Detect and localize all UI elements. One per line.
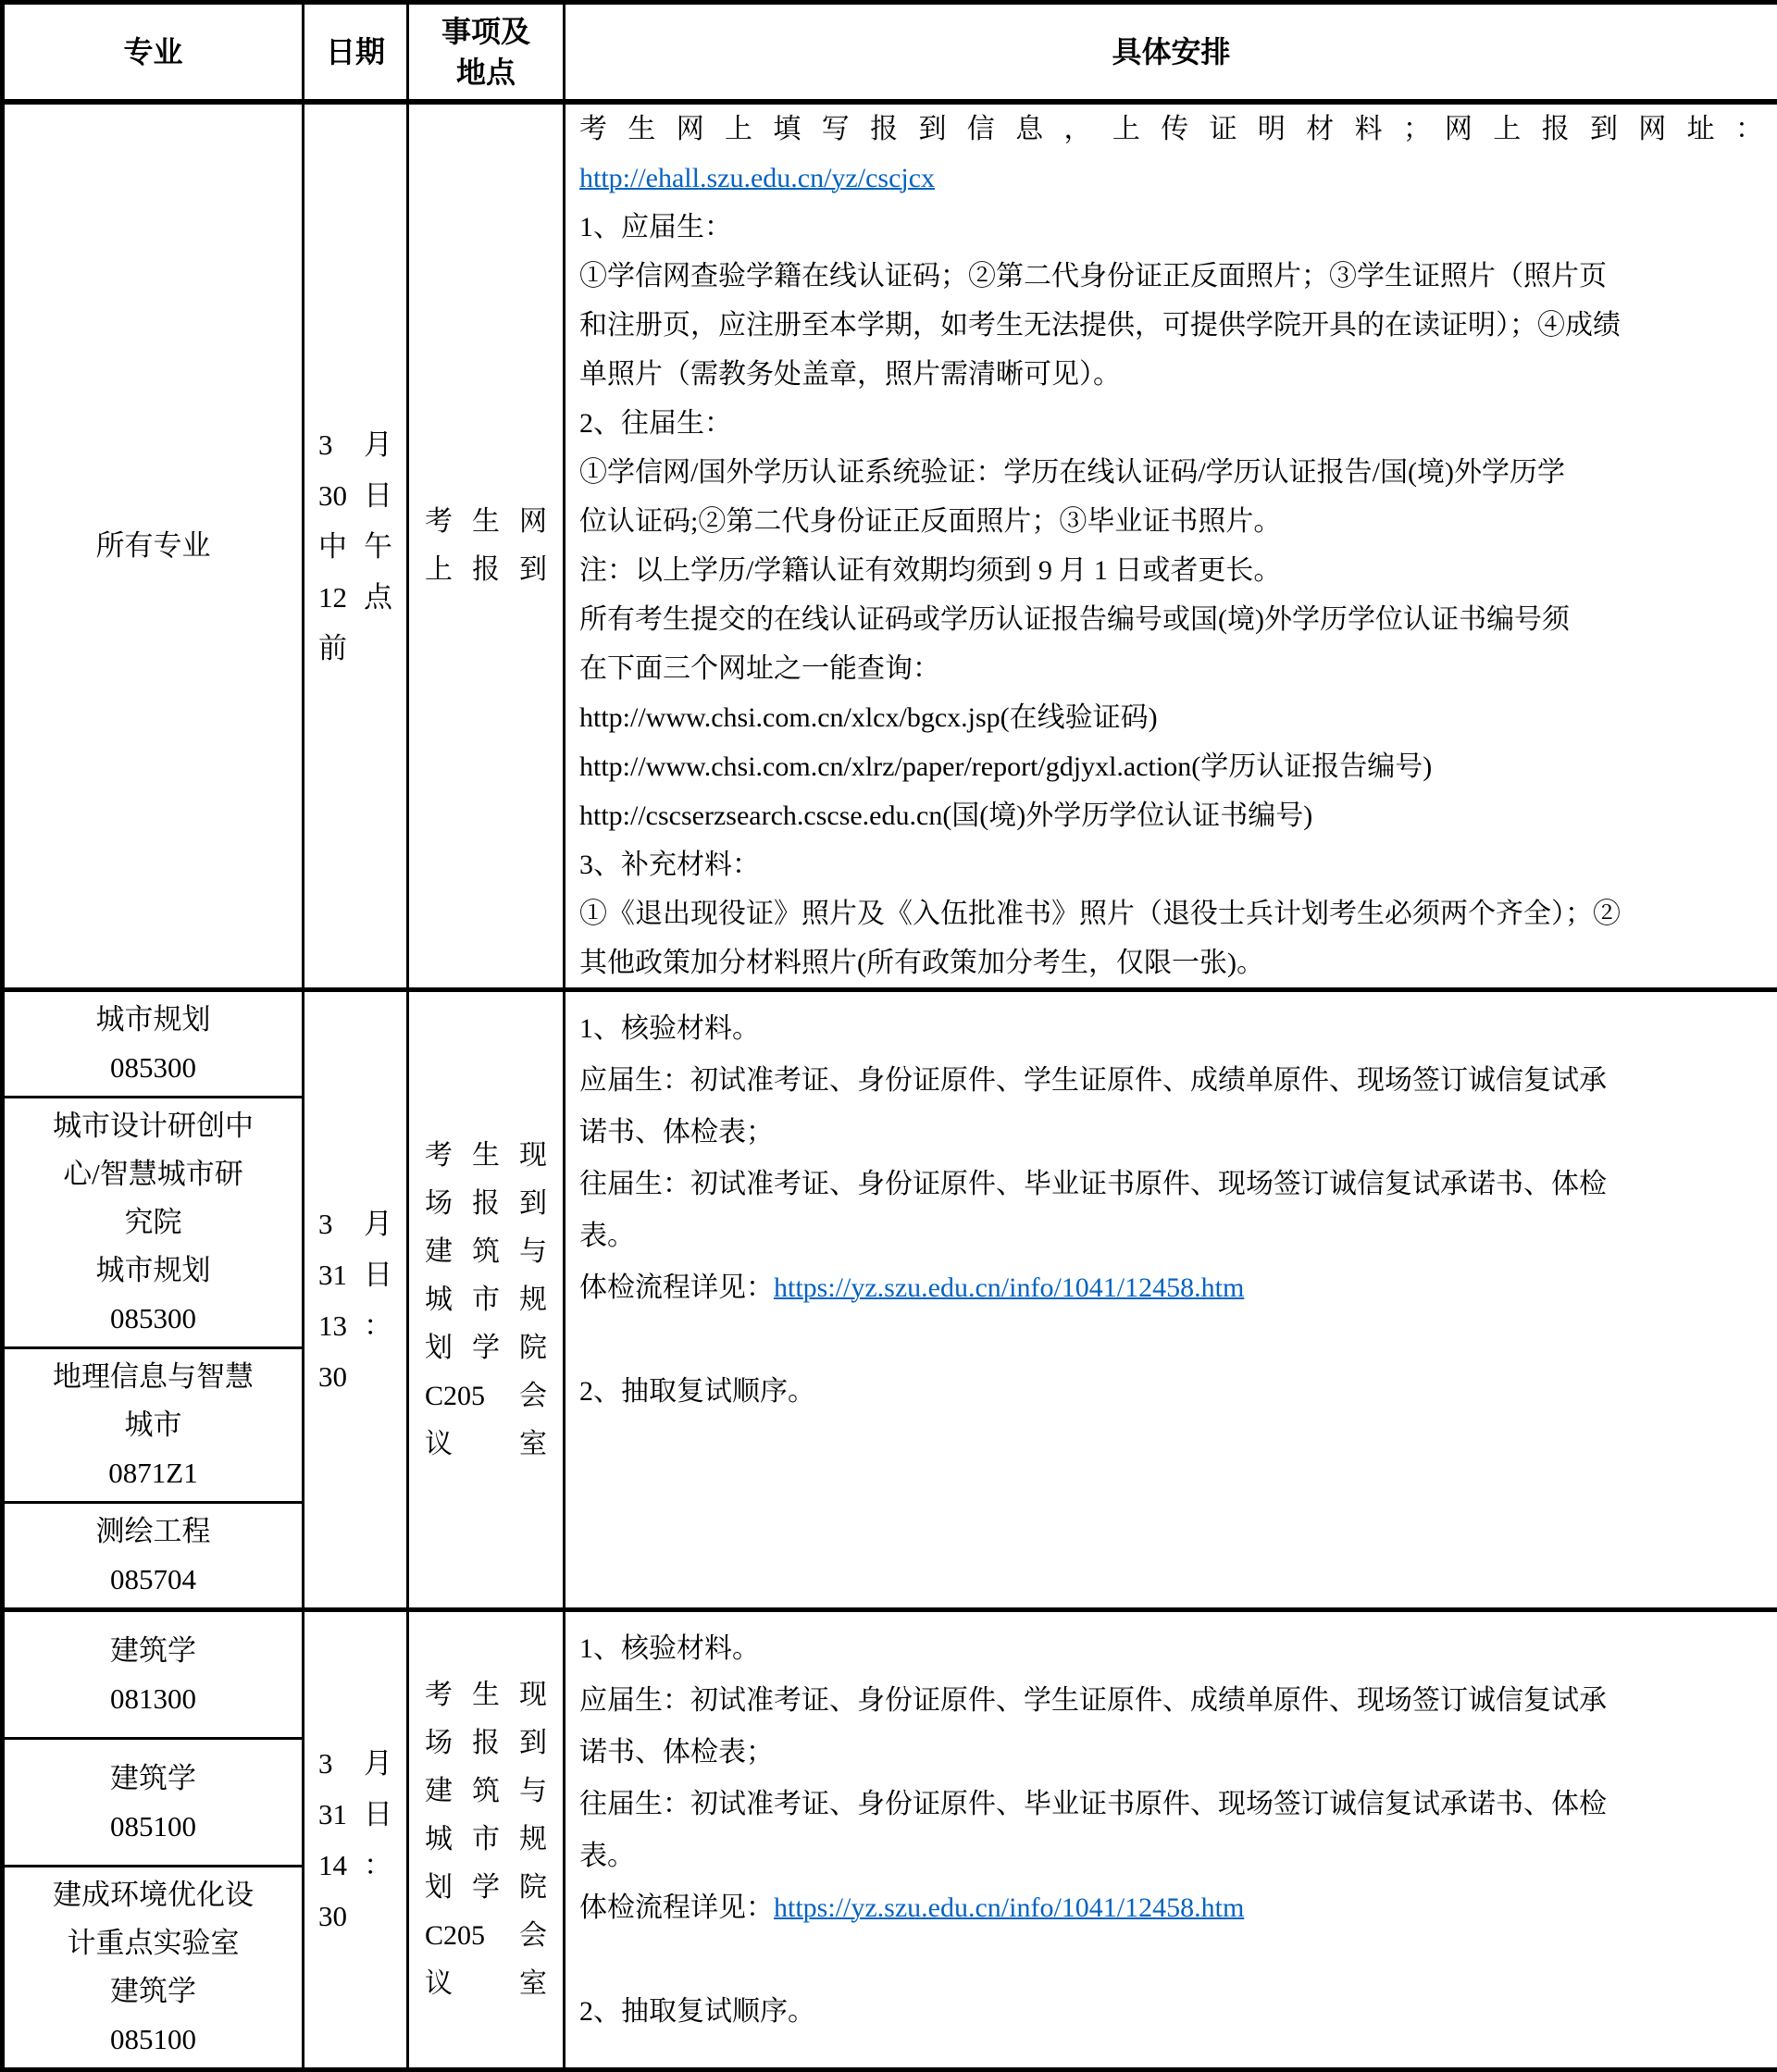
venue-line: 议室: [425, 1421, 547, 1469]
date-line: 30: [318, 1891, 392, 1942]
venue-line: 考 生 网: [425, 498, 547, 546]
date-line: 30 日: [318, 470, 392, 521]
cell-arrangement-section1: 考 生 网 上 填 写 报 到 信 息 ， 上 传 证 明 材 料 ； 网 上 …: [565, 102, 1777, 990]
cell-major-surveying: 测绘工程 085704: [3, 1503, 304, 1610]
venue-line: 划 学 院: [425, 1324, 547, 1372]
text-line: 其他政策加分材料照片(所有政策加分考生，仅限一张)。: [579, 938, 1777, 987]
cell-venue-section3: 考 生 现 场报到 建 筑 与 城 市 规 划 学 院 C205 会 议室: [408, 1610, 565, 2070]
blank-line: [579, 1934, 1777, 1986]
cell-arrangement-section2: 1、核验材料。 应届生：初试准考证、身份证原件、学生证原件、成绩单原件、现场签订…: [565, 990, 1777, 1610]
admission-schedule-table: 专业 日期 事项及 地点 具体安排 所有专业 3 月 30 日 中 午 12 点…: [0, 0, 1777, 2072]
venue-line: 上报到: [425, 546, 547, 594]
text-line: 应届生：初试准考证、身份证原件、学生证原件、成绩单原件、现场签订诚信复试承: [579, 1675, 1777, 1727]
header-date: 日期: [304, 3, 408, 103]
date-line: 3 月: [318, 419, 392, 470]
venue-line: 建 筑 与: [425, 1228, 547, 1276]
venue-line: C205 会: [425, 1372, 547, 1421]
text-line: 1、核验材料。: [579, 1003, 1777, 1055]
header-row: 专业 日期 事项及 地点 具体安排: [3, 3, 1777, 103]
text-line: ①《退出现役证》照片及《入伍批准书》照片（退役士兵计划考生必须两个齐全）；②: [579, 889, 1777, 938]
date-line: 30: [318, 1351, 392, 1402]
text-line: 往届生：初试准考证、身份证原件、毕业证书原件、现场签订诚信复试承诺书、体检: [579, 1159, 1777, 1210]
text-line: 注：以上学历/学籍认证有效期均须到 9 月 1 日或者更长。: [579, 546, 1777, 595]
venue-line: 考 生 现: [425, 1132, 547, 1180]
text-line: 表。: [579, 1830, 1777, 1882]
header-venue: 事项及 地点: [408, 3, 565, 103]
blank-line: [579, 1314, 1777, 1366]
header-major: 专业: [3, 3, 304, 103]
text-line: 1、核验材料。: [579, 1623, 1777, 1675]
text-line: 单照片（需教务处盖章，照片需清晰可见）。: [579, 350, 1777, 399]
text-line: 所有考生提交的在线认证码或学历认证报告编号或国(境)外学历学位认证书编号须: [579, 595, 1777, 644]
cell-date-section2: 3 月 31 日 13： 30: [304, 990, 408, 1610]
text-line: ①学信网/国外学历认证系统验证：学历在线认证码/学历认证报告/国(境)外学历学: [579, 448, 1777, 497]
header-arrangement: 具体安排: [565, 3, 1777, 103]
text-line: 3、补充材料：: [579, 840, 1777, 889]
date-line: 31 日: [318, 1249, 392, 1300]
venue-line: 场报到: [425, 1180, 547, 1228]
checkup-link-prefix: 体检流程详见：: [579, 1892, 774, 1923]
text-line: 位认证码;②第二代身份证正反面照片；③毕业证书照片。: [579, 497, 1777, 546]
cell-major-urban-planning: 城市规划 085300: [3, 990, 304, 1098]
chsi-url-text: http://www.chsi.com.cn/xlcx/bgcx.jsp(在线验…: [579, 693, 1777, 742]
date-line: 12 点: [318, 572, 392, 623]
text-line: http://ehall.szu.edu.cn/yz/cscjcx: [579, 154, 1777, 203]
checkup-link-prefix: 体检流程详见：: [579, 1272, 774, 1303]
date-line: 3 月: [318, 1738, 392, 1789]
chsi-url-text: http://www.chsi.com.cn/xlrz/paper/report…: [579, 742, 1777, 791]
cell-date-section1: 3 月 30 日 中 午 12 点 前: [304, 102, 408, 990]
text-line: 往届生：初试准考证、身份证原件、毕业证书原件、现场签订诚信复试承诺书、体检: [579, 1779, 1777, 1830]
venue-line: 城 市 规: [425, 1816, 547, 1864]
text-line: 应届生：初试准考证、身份证原件、学生证原件、成绩单原件、现场签订诚信复试承: [579, 1055, 1777, 1107]
date-line: 31 日: [318, 1789, 392, 1840]
text-line: 1、应届生：: [579, 203, 1777, 252]
text-line: 在下面三个网址之一能查询：: [579, 644, 1777, 693]
cell-major-urban-design-center: 城市设计研创中 心/智慧城市研 究院 城市规划 085300: [3, 1098, 304, 1348]
text-line: ①学信网查验学籍在线认证码；②第二代身份证正反面照片；③学生证照片（照片页: [579, 252, 1777, 301]
text-line: 诺书、体检表；: [579, 1727, 1777, 1779]
date-line: 前: [318, 623, 392, 674]
date-line: 13：: [318, 1300, 392, 1351]
venue-line: 划 学 院: [425, 1864, 547, 1912]
row-urban-planning: 城市规划 085300 3 月 31 日 13： 30 考 生 现 场报到 建 …: [3, 990, 1777, 1098]
date-line: 3 月: [318, 1198, 392, 1249]
cell-major-built-environment-lab: 建成环境优化设 计重点实验室 建筑学 085100: [3, 1867, 304, 2070]
row-all-majors: 所有专业 3 月 30 日 中 午 12 点 前 考 生 网 上报到 考 生 网…: [3, 102, 1777, 990]
medical-checkup-link[interactable]: https://yz.szu.edu.cn/info/1041/12458.ht…: [774, 1272, 1244, 1303]
text-line: 2、抽取复试顺序。: [579, 1366, 1777, 1418]
date-line: 14：: [318, 1840, 392, 1891]
venue-line: 场报到: [425, 1719, 547, 1768]
cell-major-all: 所有专业: [3, 102, 304, 990]
venue-line: 议室: [425, 1960, 547, 2008]
cell-major-architecture-085100: 建筑学 085100: [3, 1739, 304, 1867]
text-line: 体检流程详见：https://yz.szu.edu.cn/info/1041/1…: [579, 1262, 1777, 1314]
date-line: 中 午: [318, 521, 392, 572]
venue-line: 考 生 现: [425, 1671, 547, 1719]
medical-checkup-link[interactable]: https://yz.szu.edu.cn/info/1041/12458.ht…: [774, 1892, 1244, 1923]
venue-line: C205 会: [425, 1912, 547, 1960]
cell-venue-section2: 考 生 现 场报到 建 筑 与 城 市 规 划 学 院 C205 会 议室: [408, 990, 565, 1610]
cell-date-section3: 3 月 31 日 14： 30: [304, 1610, 408, 2070]
ehall-checkin-link[interactable]: http://ehall.szu.edu.cn/yz/cscjcx: [579, 163, 935, 193]
cell-major-architecture-081300: 建筑学 081300: [3, 1610, 304, 1739]
text-line: 诺书、体检表；: [579, 1107, 1777, 1159]
text-line: 表。: [579, 1210, 1777, 1262]
text-line: 2、抽取复试顺序。: [579, 1986, 1777, 2038]
text-line: 体检流程详见：https://yz.szu.edu.cn/info/1041/1…: [579, 1882, 1777, 1934]
text-line: 考 生 网 上 填 写 报 到 信 息 ， 上 传 证 明 材 料 ； 网 上 …: [579, 105, 1777, 154]
text-line: 2、往届生：: [579, 399, 1777, 448]
cscse-url-text: http://cscserzsearch.cscse.edu.cn(国(境)外学…: [579, 791, 1777, 840]
cell-major-gis-smart-city: 地理信息与智慧 城市 0871Z1: [3, 1348, 304, 1503]
cell-venue-section1: 考 生 网 上报到: [408, 102, 565, 990]
row-architecture-081300: 建筑学 081300 3 月 31 日 14： 30 考 生 现 场报到 建 筑…: [3, 1610, 1777, 1739]
cell-arrangement-section3: 1、核验材料。 应届生：初试准考证、身份证原件、学生证原件、成绩单原件、现场签订…: [565, 1610, 1777, 2070]
venue-line: 建 筑 与: [425, 1768, 547, 1816]
venue-line: 城 市 规: [425, 1276, 547, 1324]
text-line: 和注册页，应注册至本学期，如考生无法提供，可提供学院开具的在读证明）；④成绩: [579, 301, 1777, 350]
